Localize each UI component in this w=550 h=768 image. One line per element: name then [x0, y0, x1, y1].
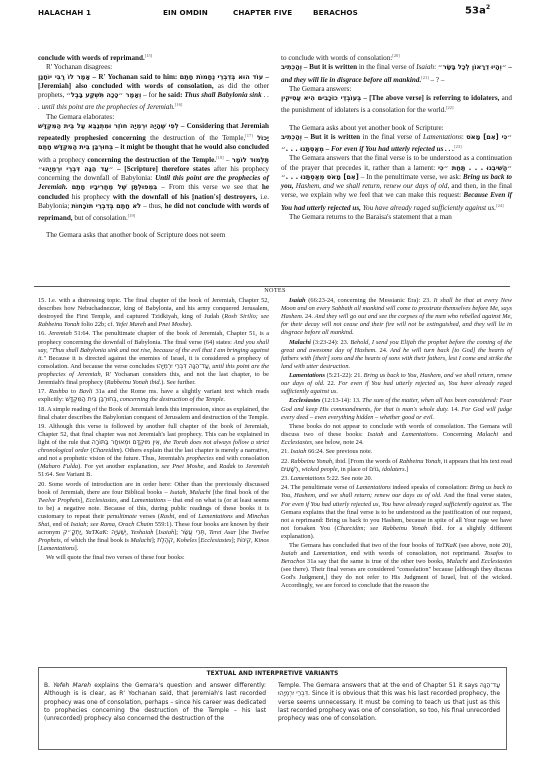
text: , and	[117, 497, 132, 504]
note-summary: These books do not appear to conclude wi…	[281, 423, 512, 447]
hebrew-text: בִּמְפוּלְתָּן שֶׁל מַחֲרִיבָיו חָתַם	[72, 183, 158, 191]
text: Bavli	[79, 388, 92, 395]
hebrew-text: בְּעוֹבְדֵי כוֹכָבִים הִיא עֲסִיקִין	[281, 94, 361, 102]
text: YaTKaK	[85, 529, 106, 536]
hebrew-text: דֵרָאוֹן לְכָל בָּשָׂר״	[438, 63, 489, 71]
text: – thus,	[141, 202, 164, 210]
text: idolaters.	[382, 466, 406, 473]
text: penultimate	[107, 513, 137, 520]
notes-left-column: 15. I.e. with a distressing topic. The f…	[38, 297, 269, 564]
text: – In the penultimate verse, we ask:	[359, 173, 463, 181]
text: – R' Yochanan said to him:	[90, 73, 179, 81]
text: Isaiah	[291, 448, 307, 455]
text: Lamentations	[198, 513, 233, 520]
text: 22.	[281, 458, 291, 465]
text: wicked people	[301, 466, 337, 473]
page-number: 53a2	[465, 4, 490, 16]
footnote-ref[interactable]: [24]	[496, 203, 504, 208]
text: the destruction of the Temple,	[146, 134, 245, 142]
main-text-right-column: to conclude with words of consolation:[2…	[281, 51, 512, 222]
text: The Gemara has concluded that two of the…	[289, 542, 436, 549]
hebrew-text: אָמַר לוֹ רַבִּי יוֹחָנָן	[38, 73, 90, 81]
text: Pnei Moshe	[158, 321, 188, 328]
text: Hashem, and we shall return, renew our d…	[294, 182, 450, 190]
text: 16.	[38, 330, 48, 337]
text: 17.	[38, 388, 49, 395]
paragraph: וְהָכְתִיב – But it is written in the fi…	[281, 133, 512, 155]
text: concerning the destruction of the Temple…	[120, 396, 225, 403]
variants-heading: TEXTUAL AND INTERPRETIVE VARIANTS	[39, 671, 506, 677]
paragraph: בְּעוֹבְדֵי כוֹכָבִים הִיא עֲסִיקִין – […	[281, 94, 512, 116]
text: ).	[189, 321, 193, 328]
text: and	[297, 550, 314, 557]
text: Isaiah	[281, 550, 297, 557]
paragraph: conclude with words of reprimand.[15]	[38, 51, 269, 63]
text: Rabbeinu Yonah	[291, 458, 333, 465]
page-number-value: 53a	[465, 5, 486, 16]
text: 24.	[303, 313, 314, 320]
header-tractate: BERACHOS	[313, 8, 358, 17]
text: Lamentations	[423, 133, 462, 141]
text: his prophecy	[69, 193, 113, 201]
text: , end of	[49, 521, 70, 528]
footnote-ref[interactable]: [21]	[421, 75, 429, 80]
text: For even if You had utterly rejected us,…	[281, 501, 501, 508]
text: and	[468, 558, 481, 565]
paragraph: R' Yochanan disagrees:	[38, 63, 269, 72]
text: with the downfall of his [nation's] dest…	[113, 193, 258, 201]
paragraph: The Gemara answers:	[281, 85, 512, 94]
text: (3:23-24): 23.	[311, 339, 350, 346]
hebrew-text: רְשָׁעִים	[281, 466, 298, 473]
text: , of which the final book is	[61, 537, 131, 544]
note-malachi: Malachi (3:23-24): 23. Behold, I send yo…	[281, 339, 512, 371]
footnote-ref[interactable]: [19]	[128, 213, 136, 218]
hebrew-text: לֹא חָתַם בְּדִבְרֵי תוֹכָחוֹת	[71, 202, 141, 210]
text: Yeshaiah	[131, 529, 154, 536]
footnote-ref[interactable]: [16]	[175, 102, 183, 107]
running-header: HALACHAH 1 EIN OMDIN CHAPTER FIVE BERACH…	[0, 0, 550, 36]
text: and	[498, 431, 512, 438]
hebrew-text: וְהָכְתִיב	[281, 133, 302, 141]
text: Radak	[219, 463, 235, 470]
textual-variants-box: TEXTUAL AND INTERPRETIVE VARIANTS B. Yef…	[38, 667, 507, 750]
text: 5:22. See note 20.	[325, 475, 372, 482]
text: Terei Asar	[209, 529, 236, 536]
text: – From this verse we see that	[157, 183, 262, 191]
note-n22: 22. Rabbeinu Yonah, ibid. [From the word…	[281, 458, 512, 474]
text: , it appears that his text read	[441, 458, 512, 465]
text: (see there). Their final verses are cons…	[281, 566, 512, 589]
text: that he would also concluded	[181, 143, 269, 151]
hebrew-text: נֶחָמוֹת חָתַם	[180, 73, 216, 81]
footnote-ref[interactable]: [15]	[145, 53, 153, 58]
hebrew-text: וְהָכְתִיב	[281, 63, 302, 71]
text: Ecclesiastes	[281, 439, 312, 446]
text: (12:13-14): 13.	[320, 397, 362, 404]
text: indeed speaks of consolation:	[391, 484, 470, 491]
text: and	[146, 321, 158, 328]
text: Yefeh Mareh	[53, 683, 91, 689]
text: , see below, note 24.	[312, 439, 364, 446]
text: 14.	[449, 406, 461, 413]
text: . Concerning	[436, 431, 477, 438]
text: Isaiah	[289, 297, 306, 304]
text: Ecclesiastes	[201, 537, 232, 544]
text: he said:	[159, 91, 185, 99]
text: Malachi	[477, 431, 498, 438]
main-text-left-column: conclude with words of reprimand.[15] R'…	[38, 51, 269, 241]
text: 18. A simple reading of the Book of Jere…	[38, 406, 269, 421]
text: Rashi	[160, 513, 174, 520]
text: but of consolation.	[73, 214, 128, 222]
text: Lamentations	[402, 431, 437, 438]
text: Tosafos	[484, 550, 503, 557]
paragraph: The Gemara asks that another book of Scr…	[38, 231, 269, 240]
text: Isaiah	[158, 529, 174, 536]
text: Rabbeinu Yonah ibid.	[107, 379, 162, 386]
text: Lamentations	[40, 545, 75, 552]
paragraph: The Gemara returns to the Baraisa's stat…	[281, 213, 512, 222]
text: ). See further.	[161, 379, 196, 386]
text: We will quote the final two verses of th…	[46, 554, 185, 561]
text: . Since it is obvious that this was his …	[278, 691, 500, 722]
text: 24. The penultimate verse of	[281, 484, 356, 491]
hebrew-text: לְפִי שֶׁהָיָה יִרְמְיָה חוֹזֵר וּמִתְנַ…	[38, 122, 179, 130]
text: Lamentation	[313, 550, 345, 557]
text: , and	[203, 463, 219, 470]
text: Berachos	[281, 558, 305, 565]
text: – [Scripture] therefore states	[113, 165, 210, 173]
note-isaiah: Isaiah (66:23-24, concerning the Messian…	[281, 297, 512, 337]
text: 31a say that the same is true of the oth…	[305, 558, 447, 565]
page-number-sup: 2	[486, 4, 490, 11]
text: Kinos	[254, 537, 269, 544]
text: – for	[141, 91, 158, 99]
note-ecclesiastes: Ecclesiastes (12:13-14): 13. The sum of …	[281, 397, 512, 421]
text: Chareidim	[93, 447, 120, 454]
note-lamentations: Lamentations (5:21-22): 21. Bring us bac…	[281, 372, 512, 396]
note-n23: 23. Lamentations 5:22. See note 20.	[281, 475, 512, 483]
text: (66:23-24, concerning the Messianic Era)…	[306, 297, 434, 304]
text: ]	[406, 466, 408, 473]
paragraph: לְפִי שֶׁהָיָה יִרְמְיָה חוֹזֵר וּמִתְנַ…	[38, 122, 269, 224]
text: Malachi	[131, 537, 152, 544]
hebrew-text: ״וְהָיוּ	[491, 63, 507, 71]
text: Isaiah	[368, 431, 384, 438]
header-chapter: CHAPTER FIVE	[233, 8, 292, 17]
text: to	[503, 550, 512, 557]
header-chapter-name: EIN OMDIN	[163, 8, 208, 17]
text: Koheles	[176, 537, 196, 544]
text: 66:24. See previous note.	[306, 448, 372, 455]
note-n20b: We will quote the final two verses of th…	[38, 554, 269, 562]
text: You have already raged sufficiently agai…	[361, 204, 496, 212]
text: Rabbeinu Yonah	[399, 458, 441, 465]
text: Isaiah; see Rama, Orach Chaim	[71, 521, 154, 528]
text: ];	[174, 529, 181, 536]
note-n19: 19. Although this verse is followed by a…	[38, 423, 269, 479]
paragraph: The Gemara answers that the final verse …	[281, 154, 512, 213]
text: [the final book of the	[211, 489, 269, 496]
text: – it might be thought	[113, 143, 181, 151]
paragraph: to conclude with words of consolation:[2…	[281, 51, 512, 63]
text: 22.	[325, 380, 339, 387]
text: in the final verse of	[357, 63, 416, 71]
text: (5:21-22): 21.	[325, 372, 364, 379]
text: Isaiah, Malachi	[170, 489, 211, 496]
footnote-ref[interactable]: [17]	[245, 133, 253, 138]
text: verses (	[137, 513, 160, 520]
text: to	[68, 388, 79, 395]
text: ].	[75, 545, 79, 552]
note-n15: 15. I.e. with a distressing topic. The f…	[38, 297, 269, 329]
footnote-ref[interactable]: [18]	[216, 155, 224, 160]
note-n21: 21. Isaiah 66:24. See previous note.	[281, 448, 512, 456]
hebrew-text: עַד־הֵנָּה דִּבְרֵי יִרְמְיָהוּ	[156, 363, 208, 370]
text: Yefei Mareh	[116, 321, 146, 328]
text: Charcidim; see Rabbeinu Yonah	[337, 525, 428, 532]
note-n24b: The Gemara has concluded that two of the…	[281, 542, 512, 590]
text: Ecclesiastes	[481, 558, 512, 565]
note-n20: 20. Some words of introduction are in or…	[38, 481, 269, 553]
text: see Pnei Moshe	[162, 463, 204, 470]
text: – [The above verse] is referring to idol…	[361, 94, 499, 102]
note-n17: 17. Rashba to Bavli 31a and the Rome ms.…	[38, 388, 269, 404]
text: B.	[44, 683, 53, 689]
hebrew-text: תְּרֵי עֲשַׂר	[181, 529, 205, 536]
text: , end of	[174, 513, 198, 520]
note-n24: 24. The penultimate verse of Lamentation…	[281, 484, 512, 540]
text: Jeremiah	[48, 330, 71, 337]
text: conclude with words of reprimand.	[38, 54, 145, 62]
text: prophecies	[186, 455, 214, 462]
footnote-ref[interactable]: [20]	[392, 53, 400, 58]
notes-right-column: Isaiah (66:23-24, concerning the Messian…	[281, 297, 512, 592]
text: 23.	[281, 475, 291, 482]
text: Thus shall Babylonia sink	[184, 91, 261, 99]
text: Ecclesiastes	[289, 397, 320, 404]
paragraph: וְהָכְתִיב – But it is written in the fi…	[281, 63, 512, 85]
hebrew-text: וְאָמַר ״כָּכָה תִּשְׁקַע בָּבֶל״	[66, 91, 141, 99]
variants-right-column: Temple. The Gemara answers that at the e…	[278, 682, 500, 723]
notes-heading: NOTES	[0, 287, 550, 294]
header-section: HALACHAH 1	[38, 8, 91, 17]
variants-left-column: B. Yefeh Mareh explains the Gemara's que…	[44, 682, 266, 723]
text: Lamentations	[356, 484, 391, 491]
text: Lamentations	[131, 497, 166, 504]
text: Jeremiah	[246, 463, 269, 470]
text: (see above, note 20),	[457, 542, 512, 549]
text: 21.	[281, 448, 291, 455]
text: folio 22b; cf.	[80, 321, 116, 328]
text: Isaiah	[416, 63, 434, 71]
paragraph: The Gemara elaborates:	[38, 113, 269, 122]
text: Malachi	[446, 558, 467, 565]
hebrew-text: עוֹד הוּא בְּדִבְרֵי	[217, 73, 263, 81]
text: And the final verse states,	[442, 492, 512, 499]
text: YaTKaK	[436, 542, 457, 549]
text: 51:64. See Variant B.	[38, 471, 92, 478]
text: [the	[236, 529, 251, 536]
text: , end with words of consolation, not rep…	[345, 550, 484, 557]
text: – For even if You had utterly rejected u…	[324, 145, 454, 153]
text: Ecclesiastes	[86, 497, 117, 504]
text: , ibid. [From the words of	[332, 458, 399, 465]
text: – But it is written	[302, 63, 357, 71]
text: 24.	[377, 347, 390, 354]
paragraph: אָמַר לוֹ רַבִּי יוֹחָנָן – R' Yochanan …	[38, 73, 269, 113]
text: ). For yet another explanation,	[78, 463, 161, 470]
text: , in place of	[338, 466, 370, 473]
footnote-ref[interactable]: [23]	[454, 144, 462, 149]
hebrew-text: קֹהֶלֶת	[157, 537, 173, 544]
text: And they will go out and see the corpses…	[281, 313, 512, 336]
note-n18: 18. A simple reading of the Book of Jere…	[38, 406, 269, 422]
text: – But it is written	[302, 133, 360, 141]
footnote-ref[interactable]: [22]	[446, 105, 454, 110]
text: with a prophecy	[38, 156, 87, 164]
text: and	[233, 513, 247, 520]
text: Malachi	[289, 339, 311, 346]
text: Twelve Prophets	[38, 497, 80, 504]
text: concerning the destruction of the Temple…	[87, 156, 216, 164]
note-n16: 16. Jeremiah 51:64. The penultimate chap…	[38, 330, 269, 386]
text: Lamentations	[291, 475, 326, 482]
paragraph: The Gemara asks about yet another book o…	[281, 124, 512, 133]
text: Maharo Fulda	[40, 463, 78, 470]
hebrew-text: בְּחוּרְבַּן בֵּית הַמִּקְדָּשׁ	[65, 396, 116, 403]
text: Rashba	[49, 388, 68, 395]
text: in the final verse of	[360, 133, 423, 141]
text: to conclude with words of consolation:	[281, 54, 392, 62]
text: Temple. The Gemara answers that at the e…	[278, 683, 480, 689]
text: and	[383, 431, 402, 438]
text: Lamentations	[289, 372, 325, 379]
text: – ? –	[429, 76, 445, 84]
hebrew-text: קִינוֹת	[237, 537, 251, 544]
hebrew-text: יַתְקָ״ק	[63, 529, 81, 536]
text: to	[236, 463, 246, 470]
hebrew-text: גוֹיִם	[369, 466, 379, 473]
hebrew-text: יְשַׁעְיָה	[111, 529, 126, 536]
hebrew-text: אֵין מוּקְדָּם וּמְאוּחָר בַּתּוֹרָה	[92, 439, 160, 446]
